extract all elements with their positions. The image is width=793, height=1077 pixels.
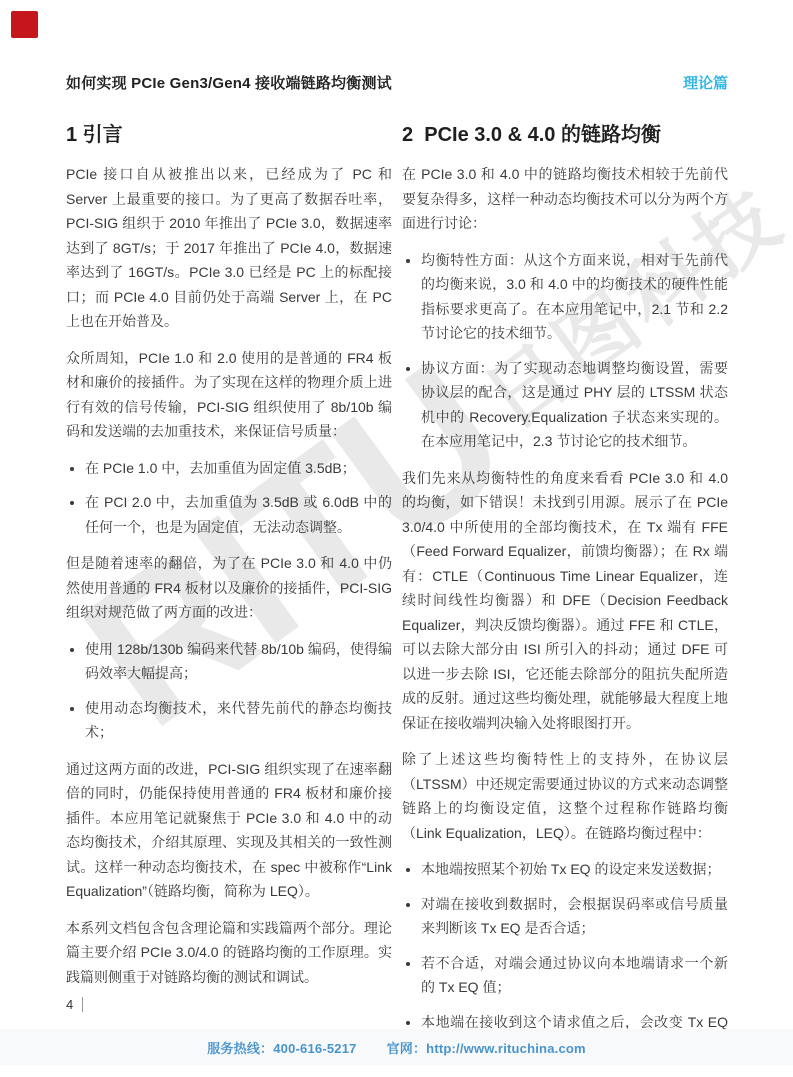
paragraph: 通过这两方面的改进，PCI-SIG 组织实现了在速率翻倍的同时，仍能保持使用普通… <box>66 757 392 904</box>
bullet-item: 使用 128b/130b 编码来代替 8b/10b 编码，使得编码效率大幅提高； <box>85 637 392 686</box>
bullet-item: 协议方面：为了实现动态地调整均衡设置，需要协议层的配合，这是通过 PHY 层的 … <box>421 356 728 454</box>
section-heading-2: 2 PCIe 3.0 & 4.0 的链路均衡 <box>402 122 728 148</box>
paragraph: 在 PCIe 3.0 和 4.0 中的链路均衡技术相较于先前代要复杂得多，这样一… <box>402 162 728 236</box>
bullet-item: 对端在接收到数据时，会根据误码率或信号质量来判断该 Tx EQ 是否合适； <box>421 892 728 941</box>
two-column-content: 1 引言 PCIe 接口自从被推出以来，已经成为了 PC 和 Server 上最… <box>66 122 728 1071</box>
page-number-separator <box>82 997 83 1012</box>
bullet-item: 本地端按照某个初始 Tx EQ 的设定来发送数据； <box>421 857 728 882</box>
right-column-body: 在 PCIe 3.0 和 4.0 中的链路均衡技术相较于先前代要复杂得多，这样一… <box>402 162 728 1059</box>
paragraph: 除了上述这些均衡特性上的支持外，在协议层（LTSSM）中还规定需要通过协议的方式… <box>402 747 728 845</box>
bullet-item: 使用动态均衡技术，来代替先前代的静态均衡技术； <box>85 696 392 745</box>
bullet-item: 均衡特性方面：从这个方面来说，相对于先前代的均衡来说，3.0 和 4.0 中的均… <box>421 248 728 346</box>
bullet-list: 使用 128b/130b 编码来代替 8b/10b 编码，使得编码效率大幅提高；… <box>66 637 392 745</box>
paragraph: 我们先来从均衡特性的角度来看看 PCIe 3.0 和 4.0 的均衡，如下错误！… <box>402 466 728 736</box>
section-heading-1: 1 引言 <box>66 122 392 148</box>
bullet-item: 若不合适，对端会通过协议向本地端请求一个新的 Tx EQ 值； <box>421 951 728 1000</box>
footer-bar: 服务热线：400-616-5217 官网：http://www.rituchin… <box>0 1029 793 1065</box>
footer-hotline: 服务热线：400-616-5217 <box>207 1038 356 1057</box>
document-title: 如何实现 PCIe Gen3/Gen4 接收端链路均衡测试 <box>66 72 392 93</box>
paragraph: 但是随着速率的翻倍，为了在 PCIe 3.0 和 4.0 中仍然使用普通的 FR… <box>66 551 392 625</box>
footer-website-link[interactable]: 官网：http://www.rituchina.com <box>387 1038 586 1057</box>
paragraph: 本系列文档包含包含理论篇和实践篇两个部分。理论篇主要介绍 PCIe 3.0/4.… <box>66 916 392 990</box>
section-tag: 理论篇 <box>683 72 728 93</box>
bullet-list: 均衡特性方面：从这个方面来说，相对于先前代的均衡来说，3.0 和 4.0 中的均… <box>402 248 728 454</box>
left-column: 1 引言 PCIe 接口自从被推出以来，已经成为了 PC 和 Server 上最… <box>66 122 392 1071</box>
right-column: 2 PCIe 3.0 & 4.0 的链路均衡 在 PCIe 3.0 和 4.0 … <box>402 122 728 1071</box>
document-page: RITU 日图科技 如何实现 PCIe Gen3/Gen4 接收端链路均衡测试 … <box>0 0 793 1077</box>
page-number: 4 <box>66 997 73 1012</box>
company-logo <box>11 11 38 38</box>
paragraph: 众所周知，PCIe 1.0 和 2.0 使用的是普通的 FR4 板材和廉价的接插… <box>66 346 392 444</box>
page-number-row: 4 <box>66 997 83 1012</box>
left-column-body: PCIe 接口自从被推出以来，已经成为了 PC 和 Server 上最重要的接口… <box>66 162 392 989</box>
page-header: 如何实现 PCIe Gen3/Gen4 接收端链路均衡测试 理论篇 <box>66 72 728 93</box>
bullet-item: 在 PCIe 1.0 中，去加重值为固定值 3.5dB； <box>85 456 392 481</box>
bullet-list: 在 PCIe 1.0 中，去加重值为固定值 3.5dB；在 PCI 2.0 中，… <box>66 456 392 540</box>
bullet-item: 在 PCI 2.0 中，去加重值为 3.5dB 或 6.0dB 中的任何一个，也… <box>85 490 392 539</box>
paragraph: PCIe 接口自从被推出以来，已经成为了 PC 和 Server 上最重要的接口… <box>66 162 392 334</box>
